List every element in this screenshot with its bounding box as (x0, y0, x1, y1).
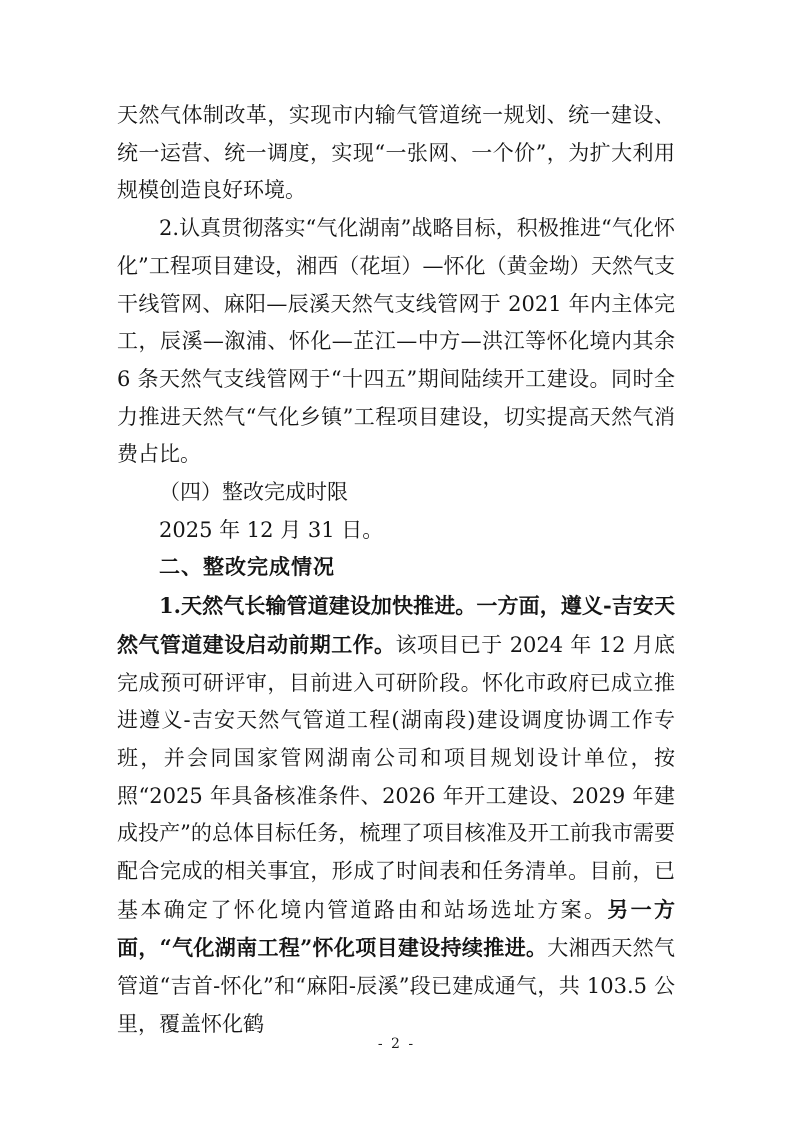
paragraph: 1.天然气长输管道建设加快推进。一方面，遵义-吉安天然气管道建设启动前期工作。该… (117, 587, 675, 1043)
page-footer: - 2 - (0, 1036, 793, 1052)
text-run: 2025 年 12 月 31 日。 (159, 518, 383, 542)
text-run: 该项目已于 2024 年 12 月底完成预可研评审，目前进入可研阶段。怀化市政府… (117, 633, 675, 922)
text-run: 天然气体制改革，实现市内输气管道统一规划、统一建设、统一运营、统一调度，实现“一… (117, 103, 675, 202)
bold-text-run: 二、整改完成情况 (159, 556, 335, 579)
document-body: 天然气体制改革，实现市内输气管道统一规划、统一建设、统一运营、统一调度，实现“一… (117, 97, 675, 1044)
document-page: 天然气体制改革，实现市内输气管道统一规划、统一建设、统一运营、统一调度，实现“一… (0, 0, 793, 1122)
text-run: 2.认真贯彻落实“气化湖南”战略目标，积极推进“气化怀化”工程项目建设，湘西（花… (117, 216, 675, 466)
paragraph: 天然气体制改革，实现市内输气管道统一规划、统一建设、统一运营、统一调度，实现“一… (117, 97, 675, 210)
paragraph: （四）整改完成时限 (117, 474, 675, 512)
paragraph: 2025 年 12 月 31 日。 (117, 512, 675, 550)
text-run: （四）整改完成时限 (159, 480, 348, 504)
section-heading: 二、整改完成情况 (117, 549, 675, 587)
page-number: - 2 - (378, 1036, 415, 1052)
paragraph: 2.认真贯彻落实“气化湖南”战略目标，积极推进“气化怀化”工程项目建设，湘西（花… (117, 210, 675, 474)
